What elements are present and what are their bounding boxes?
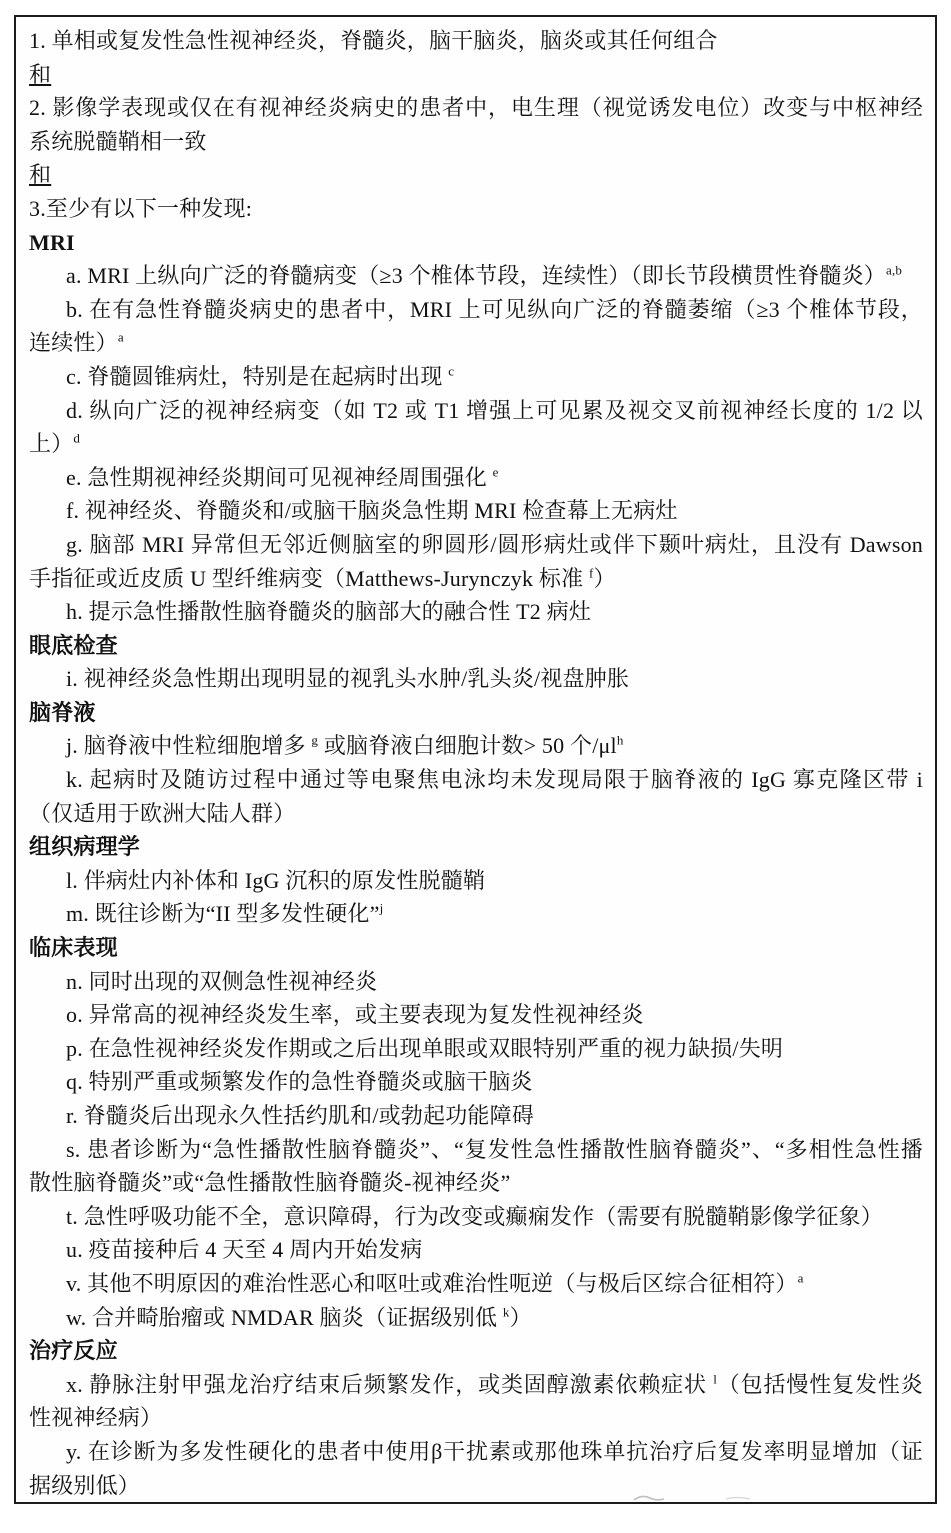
text-run: u. 疫苗接种后 4 天至 4 周内开始发病 xyxy=(66,1237,422,1262)
text-line: p. 在急性视神经炎发作期或之后出现单眼或双眼特别严重的视力缺损/失明 xyxy=(29,1032,923,1066)
text-line: 2. 影像学表现或仅在有视神经炎病史的患者中，电生理（视觉诱发电位）改变与中枢神… xyxy=(29,91,923,125)
text-run: i. 视神经炎急性期出现明显的视乳头水肿/乳头炎/视盘肿胀 xyxy=(66,666,629,691)
text-run: 和 xyxy=(29,62,51,87)
text-line: 和 xyxy=(29,158,923,192)
footnote-marker: a,b xyxy=(886,263,902,278)
text-run: 治疗反应 xyxy=(29,1338,118,1363)
text-line: o. 异常高的视神经炎发生率，或主要表现为复发性视神经炎 xyxy=(29,998,923,1032)
text-run: m. 既往诊断为“II 型多发性硬化” xyxy=(66,901,380,926)
text-run: 或脑脊液白细胞计数> 50 个/μl xyxy=(318,733,617,758)
text-run: 散性脑脊髓炎”或“急性播散性脑脊髓炎-视神经炎” xyxy=(29,1170,510,1195)
text-run: MRI xyxy=(29,230,75,255)
text-run: 临床表现 xyxy=(29,935,118,960)
text-line: q. 特别严重或频繁发作的急性脊髓炎或脑干脑炎 xyxy=(29,1065,923,1099)
text-line: 和 xyxy=(29,58,923,92)
section-heading: 眼底检查 xyxy=(29,629,923,663)
text-line: 系统脱髓鞘相一致 xyxy=(29,125,923,159)
text-run: r. 脊髓炎后出现永久性括约肌和/或勃起功能障碍 xyxy=(66,1103,534,1128)
text-line: d. 纵向广泛的视神经病变（如 T2 或 T1 增强上可见累及视交叉前视神经长度… xyxy=(29,394,923,428)
text-run: k. 起病时及随访过程中通过等电聚焦电泳均未发现局限于脑脊液的 IgG 寡克隆区… xyxy=(66,767,923,792)
text-run: x. 静脉注射甲强龙治疗结束后频繁发作，或类固醇激素依赖症状 xyxy=(66,1372,713,1397)
text-line: s. 患者诊断为“急性播散性脑脊髓炎”、“复发性急性播散性脑脊髓炎”、“多相性急… xyxy=(29,1133,923,1167)
text-line: t. 急性呼吸功能不全，意识障碍，行为改变或癫痫发作（需要有脱髓鞘影像学征象） xyxy=(29,1200,923,1234)
text-run: b. 在有急性脊髓炎病史的患者中，MRI 上可见纵向广泛的脊髓萎缩（≥3 个椎体… xyxy=(66,297,923,322)
footnote-marker: h xyxy=(617,733,624,748)
text-run: d. 纵向广泛的视神经病变（如 T2 或 T1 增强上可见累及视交叉前视神经长度… xyxy=(66,398,923,423)
text-run: y. 在诊断为多发性硬化的患者中使用β干扰素或那他珠单抗治疗后复发率明显增加（证 xyxy=(66,1439,923,1464)
text-run: p. 在急性视神经炎发作期或之后出现单眼或双眼特别严重的视力缺损/失明 xyxy=(66,1036,783,1061)
text-line: 性视神经病） xyxy=(29,1401,923,1435)
text-run: ） xyxy=(594,566,616,591)
text-line: b. 在有急性脊髓炎病史的患者中，MRI 上可见纵向广泛的脊髓萎缩（≥3 个椎体… xyxy=(29,293,923,327)
text-line: a. MRI 上纵向广泛的脊髓病变（≥3 个椎体节段，连续性）（即长节段横贯性脊… xyxy=(29,259,923,293)
text-line: 3.至少有以下一种发现: xyxy=(29,192,923,226)
text-run: o. 异常高的视神经炎发生率，或主要表现为复发性视神经炎 xyxy=(66,1002,644,1027)
text-line: c. 脊髓圆锥病灶，特别是在起病时出现 c xyxy=(29,360,923,394)
footnote-marker: a xyxy=(798,1271,804,1286)
text-run: f. 视神经炎、脊髓炎和/或脑干脑炎急性期 MRI 检查幕上无病灶 xyxy=(66,498,678,523)
text-run: 上） xyxy=(29,431,73,456)
text-line: u. 疫苗接种后 4 天至 4 周内开始发病 xyxy=(29,1233,923,1267)
text-line: （仅适用于欧洲大陆人群） xyxy=(29,797,923,831)
text-run: e. 急性期视神经炎期间可见视神经周围强化 xyxy=(66,465,493,490)
text-line: j. 脑脊液中性粒细胞增多 g 或脑脊液白细胞计数> 50 个/μlh xyxy=(29,729,923,763)
text-run: 系统脱髓鞘相一致 xyxy=(29,129,207,154)
section-heading: 临床表现 xyxy=(29,931,923,965)
section-heading: 治疗反应 xyxy=(29,1334,923,1368)
text-run: 手指征或近皮质 U 型纤维病变（Matthews-Jurynczyk 标准 xyxy=(29,566,589,591)
text-line: n. 同时出现的双侧急性视神经炎 xyxy=(29,965,923,999)
text-run: 1. 单相或复发性急性视神经炎，脊髓炎，脑干脑炎，脑炎或其任何组合 xyxy=(29,28,718,53)
text-line: 上）d xyxy=(29,427,923,461)
text-run: t. 急性呼吸功能不全，意识障碍，行为改变或癫痫发作（需要有脱髓鞘影像学征象） xyxy=(66,1204,883,1229)
text-line: 散性脑脊髓炎”或“急性播散性脑脊髓炎-视神经炎” xyxy=(29,1166,923,1200)
text-line: i. 视神经炎急性期出现明显的视乳头水肿/乳头炎/视盘肿胀 xyxy=(29,662,923,696)
text-line: x. 静脉注射甲强龙治疗结束后频繁发作，或类固醇激素依赖症状 l（包括慢性复发性… xyxy=(29,1368,923,1402)
text-line: v. 其他不明原因的难治性恶心和呕吐或难治性呃逆（与极后区综合征相符）a xyxy=(29,1267,923,1301)
text-run: w. 合并畸胎瘤或 NMDAR 脑炎（证据级别低 xyxy=(66,1305,503,1330)
footnote-marker: k xyxy=(503,1304,510,1319)
criteria-table-cell: 1. 单相或复发性急性视神经炎，脊髓炎，脑干脑炎，脑炎或其任何组合和2. 影像学… xyxy=(14,15,937,1504)
text-run: 3.至少有以下一种发现: xyxy=(29,196,252,221)
text-run: 连续性） xyxy=(29,330,118,355)
text-run: q. 特别严重或频繁发作的急性脊髓炎或脑干脑炎 xyxy=(66,1069,533,1094)
scan-smudge-artifact xyxy=(630,1491,760,1505)
text-line: g. 脑部 MRI 异常但无邻近侧脑室的卵圆形/圆形病灶或伴下颞叶病灶，且没有 … xyxy=(29,528,923,562)
text-line: w. 合并畸胎瘤或 NMDAR 脑炎（证据级别低 k） xyxy=(29,1301,923,1335)
section-heading: 脑脊液 xyxy=(29,696,923,730)
text-run: j. 脑脊液中性粒细胞增多 xyxy=(66,733,311,758)
text-run: （仅适用于欧洲大陆人群） xyxy=(29,801,295,826)
text-run: 据级别低） xyxy=(29,1473,140,1498)
text-run: 眼底检查 xyxy=(29,633,118,658)
text-run: （包括慢性复发性炎 xyxy=(717,1372,923,1397)
text-run: g. 脑部 MRI 异常但无邻近侧脑室的卵圆形/圆形病灶或伴下颞叶病灶，且没有 … xyxy=(66,532,923,557)
text-run: 2. 影像学表现或仅在有视神经炎病史的患者中，电生理（视觉诱发电位）改变与中枢神… xyxy=(29,95,923,120)
text-line: e. 急性期视神经炎期间可见视神经周围强化 e xyxy=(29,461,923,495)
text-run: h. 提示急性播散性脑脊髓炎的脑部大的融合性 T2 病灶 xyxy=(66,599,591,624)
text-line: 据级别低） xyxy=(29,1469,923,1503)
text-line: 手指征或近皮质 U 型纤维病变（Matthews-Jurynczyk 标准 f） xyxy=(29,562,923,596)
text-run: 脑脊液 xyxy=(29,700,96,725)
footnote-marker: e xyxy=(493,464,499,479)
text-line: f. 视神经炎、脊髓炎和/或脑干脑炎急性期 MRI 检查幕上无病灶 xyxy=(29,494,923,528)
text-run: s. 患者诊断为“急性播散性脑脊髓炎”、“复发性急性播散性脑脊髓炎”、“多相性急… xyxy=(66,1137,923,1162)
text-line: l. 伴病灶内补体和 IgG 沉积的原发性脱髓鞘 xyxy=(29,864,923,898)
text-run: a. MRI 上纵向广泛的脊髓病变（≥3 个椎体节段，连续性）（即长节段横贯性脊… xyxy=(66,263,886,288)
text-line: m. 既往诊断为“II 型多发性硬化”j xyxy=(29,897,923,931)
footnote-marker: c xyxy=(448,364,454,379)
footnote-marker: j xyxy=(380,901,384,916)
section-heading: 组织病理学 xyxy=(29,830,923,864)
text-run: 组织病理学 xyxy=(29,834,140,859)
text-line: k. 起病时及随访过程中通过等电聚焦电泳均未发现局限于脑脊液的 IgG 寡克隆区… xyxy=(29,763,923,797)
section-heading: MRI xyxy=(29,226,923,260)
text-run: 和 xyxy=(29,162,51,187)
text-line: 1. 单相或复发性急性视神经炎，脊髓炎，脑干脑炎，脑炎或其任何组合 xyxy=(29,24,923,58)
text-line: y. 在诊断为多发性硬化的患者中使用β干扰素或那他珠单抗治疗后复发率明显增加（证 xyxy=(29,1435,923,1469)
text-run: 性视神经病） xyxy=(29,1405,162,1430)
text-line: h. 提示急性播散性脑脊髓炎的脑部大的融合性 T2 病灶 xyxy=(29,595,923,629)
text-run: l. 伴病灶内补体和 IgG 沉积的原发性脱髓鞘 xyxy=(66,868,485,893)
text-run: ） xyxy=(510,1305,532,1330)
footnote-marker: a xyxy=(118,330,124,345)
text-line: r. 脊髓炎后出现永久性括约肌和/或勃起功能障碍 xyxy=(29,1099,923,1133)
text-run: n. 同时出现的双侧急性视神经炎 xyxy=(66,969,377,994)
footnote-marker: d xyxy=(73,431,80,446)
text-run: v. 其他不明原因的难治性恶心和呕吐或难治性呃逆（与极后区综合征相符） xyxy=(66,1271,798,1296)
text-line: 连续性）a xyxy=(29,326,923,360)
text-run: c. 脊髓圆锥病灶，特别是在起病时出现 xyxy=(66,364,448,389)
